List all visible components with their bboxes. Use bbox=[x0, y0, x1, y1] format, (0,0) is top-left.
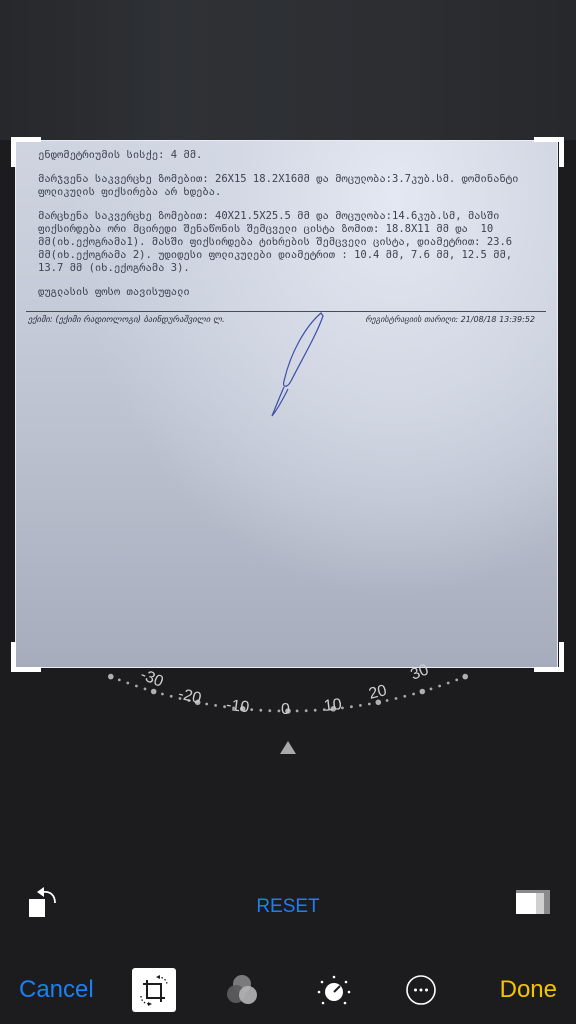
doctor-name: ექიმი: (ექიმი რადიოლოგი) ბაინდურაშვილი ლ… bbox=[28, 315, 225, 325]
done-button[interactable]: Done bbox=[500, 976, 557, 1004]
document-paragraph: ენდომეტრიუმის სისქე: 4 მმ. bbox=[38, 149, 548, 162]
signature-image bbox=[246, 311, 356, 421]
background-top bbox=[0, 0, 576, 140]
filters-tool-button[interactable] bbox=[220, 968, 264, 1012]
dial-label: 0 bbox=[281, 701, 290, 719]
more-button[interactable] bbox=[399, 968, 443, 1012]
adjust-tool-button[interactable] bbox=[312, 968, 356, 1012]
cancel-button[interactable]: Cancel bbox=[19, 976, 94, 1004]
document-paragraph: მარჯვენა საკვერცხე ზომებით: 26X15 18.2X1… bbox=[38, 173, 548, 199]
adjust-dial-icon bbox=[312, 968, 356, 1012]
document-paragraph: დუგლასის ფოსო თავისუფალი bbox=[38, 286, 548, 299]
bottom-toolbar: Cancel bbox=[0, 960, 576, 1024]
more-icon bbox=[399, 968, 443, 1012]
registration-date: რეგისტრაციის თარიღი: 21/08/18 13:39:52 bbox=[365, 315, 535, 324]
dial-label: 10 bbox=[323, 696, 343, 716]
aspect-ratio-icon bbox=[514, 888, 552, 916]
reset-area: RESET bbox=[0, 896, 576, 918]
photo-document[interactable]: ენდომეტრიუმის სისქე: 4 მმ. მარჯვენა საკვ… bbox=[15, 140, 558, 668]
filters-icon bbox=[220, 968, 264, 1012]
document-paragraph: მარცხენა საკვერცხე ზომებით: 40X21.5X25.5… bbox=[38, 210, 548, 275]
crop-rotate-icon bbox=[132, 968, 176, 1012]
reset-button[interactable]: RESET bbox=[256, 896, 319, 917]
aspect-ratio-button[interactable] bbox=[514, 888, 552, 916]
document-body: ენდომეტრიუმის სისქე: 4 მმ. მარჯვენა საკვ… bbox=[38, 149, 548, 299]
dial-label: -10 bbox=[225, 697, 250, 718]
dial-pointer-icon bbox=[280, 741, 296, 754]
crop-rotate-tool-button[interactable] bbox=[132, 968, 176, 1012]
